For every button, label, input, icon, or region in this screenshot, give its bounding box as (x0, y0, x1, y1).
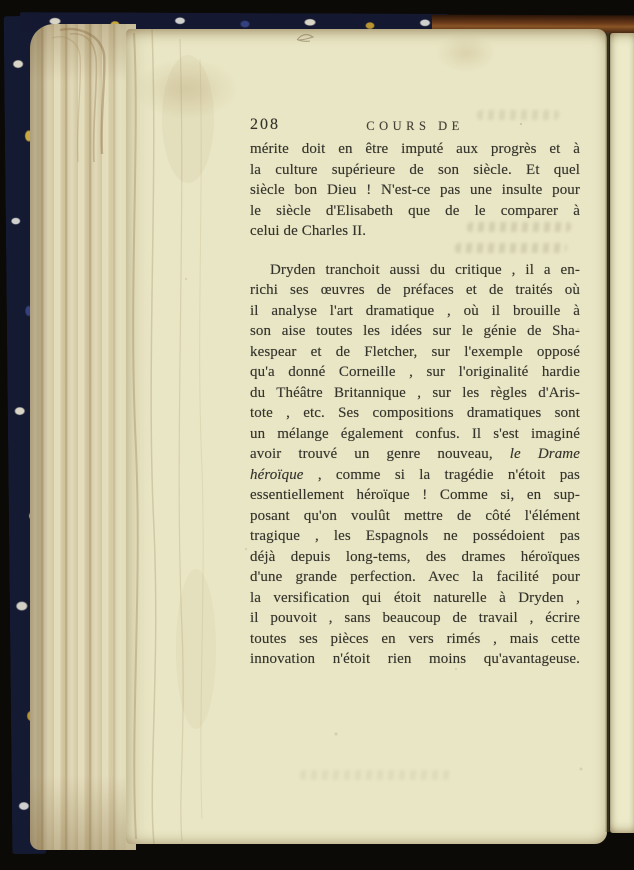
text-body: mérite doit en être imputé aux progrès e… (250, 139, 580, 670)
text-line: posant qu'on voulût mettre de côté l'élé… (250, 506, 580, 527)
text-segment: déjà depuis long-tems, des drames héroïq… (250, 549, 580, 565)
text-line: déjà depuis long-tems, des drames héroïq… (250, 547, 580, 568)
page-corner-curl (30, 24, 136, 164)
text-segment: d'une grande perfection. Avec la facilit… (250, 569, 580, 585)
text-line: héroïque , comme si la tragédie n'étoit … (250, 465, 580, 486)
text-line: qu'a donné Corneille , sur l'originalité… (250, 362, 580, 383)
text-segment: toutes ses pièces en vers rimés , mais c… (250, 631, 580, 647)
text-segment: mérite doit en être imputé aux progrès e… (250, 141, 580, 157)
text-line: la versification qui étoit naturelle à D… (250, 588, 580, 609)
text-line: richi ses œuvres de préfaces et de trait… (250, 280, 580, 301)
text-line: un mélange également confus. Il s'est im… (250, 424, 580, 445)
text-line: kespear et de Fletcher, sur l'exemple op… (250, 342, 580, 363)
text-line: mérite doit en être imputé aux progrès e… (250, 139, 580, 160)
text-segment: kespear et de Fletcher, sur l'exemple op… (250, 344, 580, 360)
page-header: 208 COURS DE (250, 115, 580, 139)
text-line: avoir trouvé un genre nouveau, le Drame (250, 444, 580, 465)
text-line: tragique , les Espagnols ne possédoient … (250, 526, 580, 547)
text-line: siècle bon Dieu ! N'est-ce pas une insul… (250, 180, 580, 201)
showthrough-text-smudge (300, 770, 451, 780)
text-line: tote , etc. Ses compositions dramatiques… (250, 403, 580, 424)
text-segment: tote , etc. Ses compositions dramatiques… (250, 405, 580, 421)
text-segment: posant qu'on voulût mettre de côté l'élé… (250, 508, 580, 524)
text-segment: son aise toutes les idées sur le génie d… (250, 323, 580, 339)
book-photo: 208 COURS DE mérite doit en être imputé … (0, 0, 634, 870)
text-line: celui de Charles II. (250, 221, 580, 242)
text-line: toutes ses pièces en vers rimés , mais c… (250, 629, 580, 650)
text-line: Dryden tranchoit aussi du critique , il … (250, 260, 580, 281)
text-line: du Théâtre Britannique , sur les règles … (250, 383, 580, 404)
text-segment: le siècle d'Elisabeth que de le comparer… (250, 203, 580, 219)
text-line: il pouvoit , sans beaucoup de travail , … (250, 608, 580, 629)
text-segment: du Théâtre Britannique , sur les règles … (250, 385, 580, 401)
text-segment: la versification qui étoit naturelle à D… (250, 590, 580, 606)
printed-text-block: 208 COURS DE mérite doit en être imputé … (250, 115, 580, 670)
text-segment: qu'a donné Corneille , sur l'originalité… (250, 364, 580, 380)
text-line: essentiellement héroïque ! Comme si, en … (250, 485, 580, 506)
text-segment: la culture supérieure de son siècle. Et … (250, 162, 580, 178)
text-line: d'une grande perfection. Avec la facilit… (250, 567, 580, 588)
gutter-shadow (605, 32, 611, 832)
text-line: le siècle d'Elisabeth que de le comparer… (250, 201, 580, 222)
text-segment: richi ses œuvres de préfaces et de trait… (250, 282, 580, 298)
margin-mark (295, 31, 321, 45)
text-segment: , comme si la tragédie n'étoit pas (304, 467, 580, 483)
text-segment: essentiellement héroïque ! Comme si, en … (250, 487, 580, 503)
text-segment: il analyse l'art dramatique , où il brou… (250, 303, 580, 319)
facing-page-sliver (610, 33, 634, 833)
paragraph: Dryden tranchoit aussi du critique , il … (250, 260, 580, 670)
text-segment: un mélange également confus. Il s'est im… (250, 426, 580, 442)
text-segment: tragique , les Espagnols ne possédoient … (250, 528, 580, 544)
text-line: son aise toutes les idées sur le génie d… (250, 321, 580, 342)
text-segment: avoir trouvé un genre nouveau, (250, 446, 510, 462)
text-segment: celui de Charles II. (250, 223, 366, 239)
paragraph: mérite doit en être imputé aux progrès e… (250, 139, 580, 242)
running-header: COURS DE (250, 119, 580, 134)
italic-text: héroïque (250, 467, 304, 483)
text-segment: innovation n'étoit rien moins qu'avantag… (250, 651, 580, 667)
text-line: la culture supérieure de son siècle. Et … (250, 160, 580, 181)
text-segment: il pouvoit , sans beaucoup de travail , … (250, 610, 580, 626)
text-line: innovation n'étoit rien moins qu'avantag… (250, 649, 580, 670)
text-segment: siècle bon Dieu ! N'est-ce pas une insul… (250, 182, 580, 198)
text-line: il analyse l'art dramatique , où il brou… (250, 301, 580, 322)
italic-text: le Drame (510, 446, 580, 462)
text-segment: Dryden tranchoit aussi du critique , il … (270, 262, 580, 278)
